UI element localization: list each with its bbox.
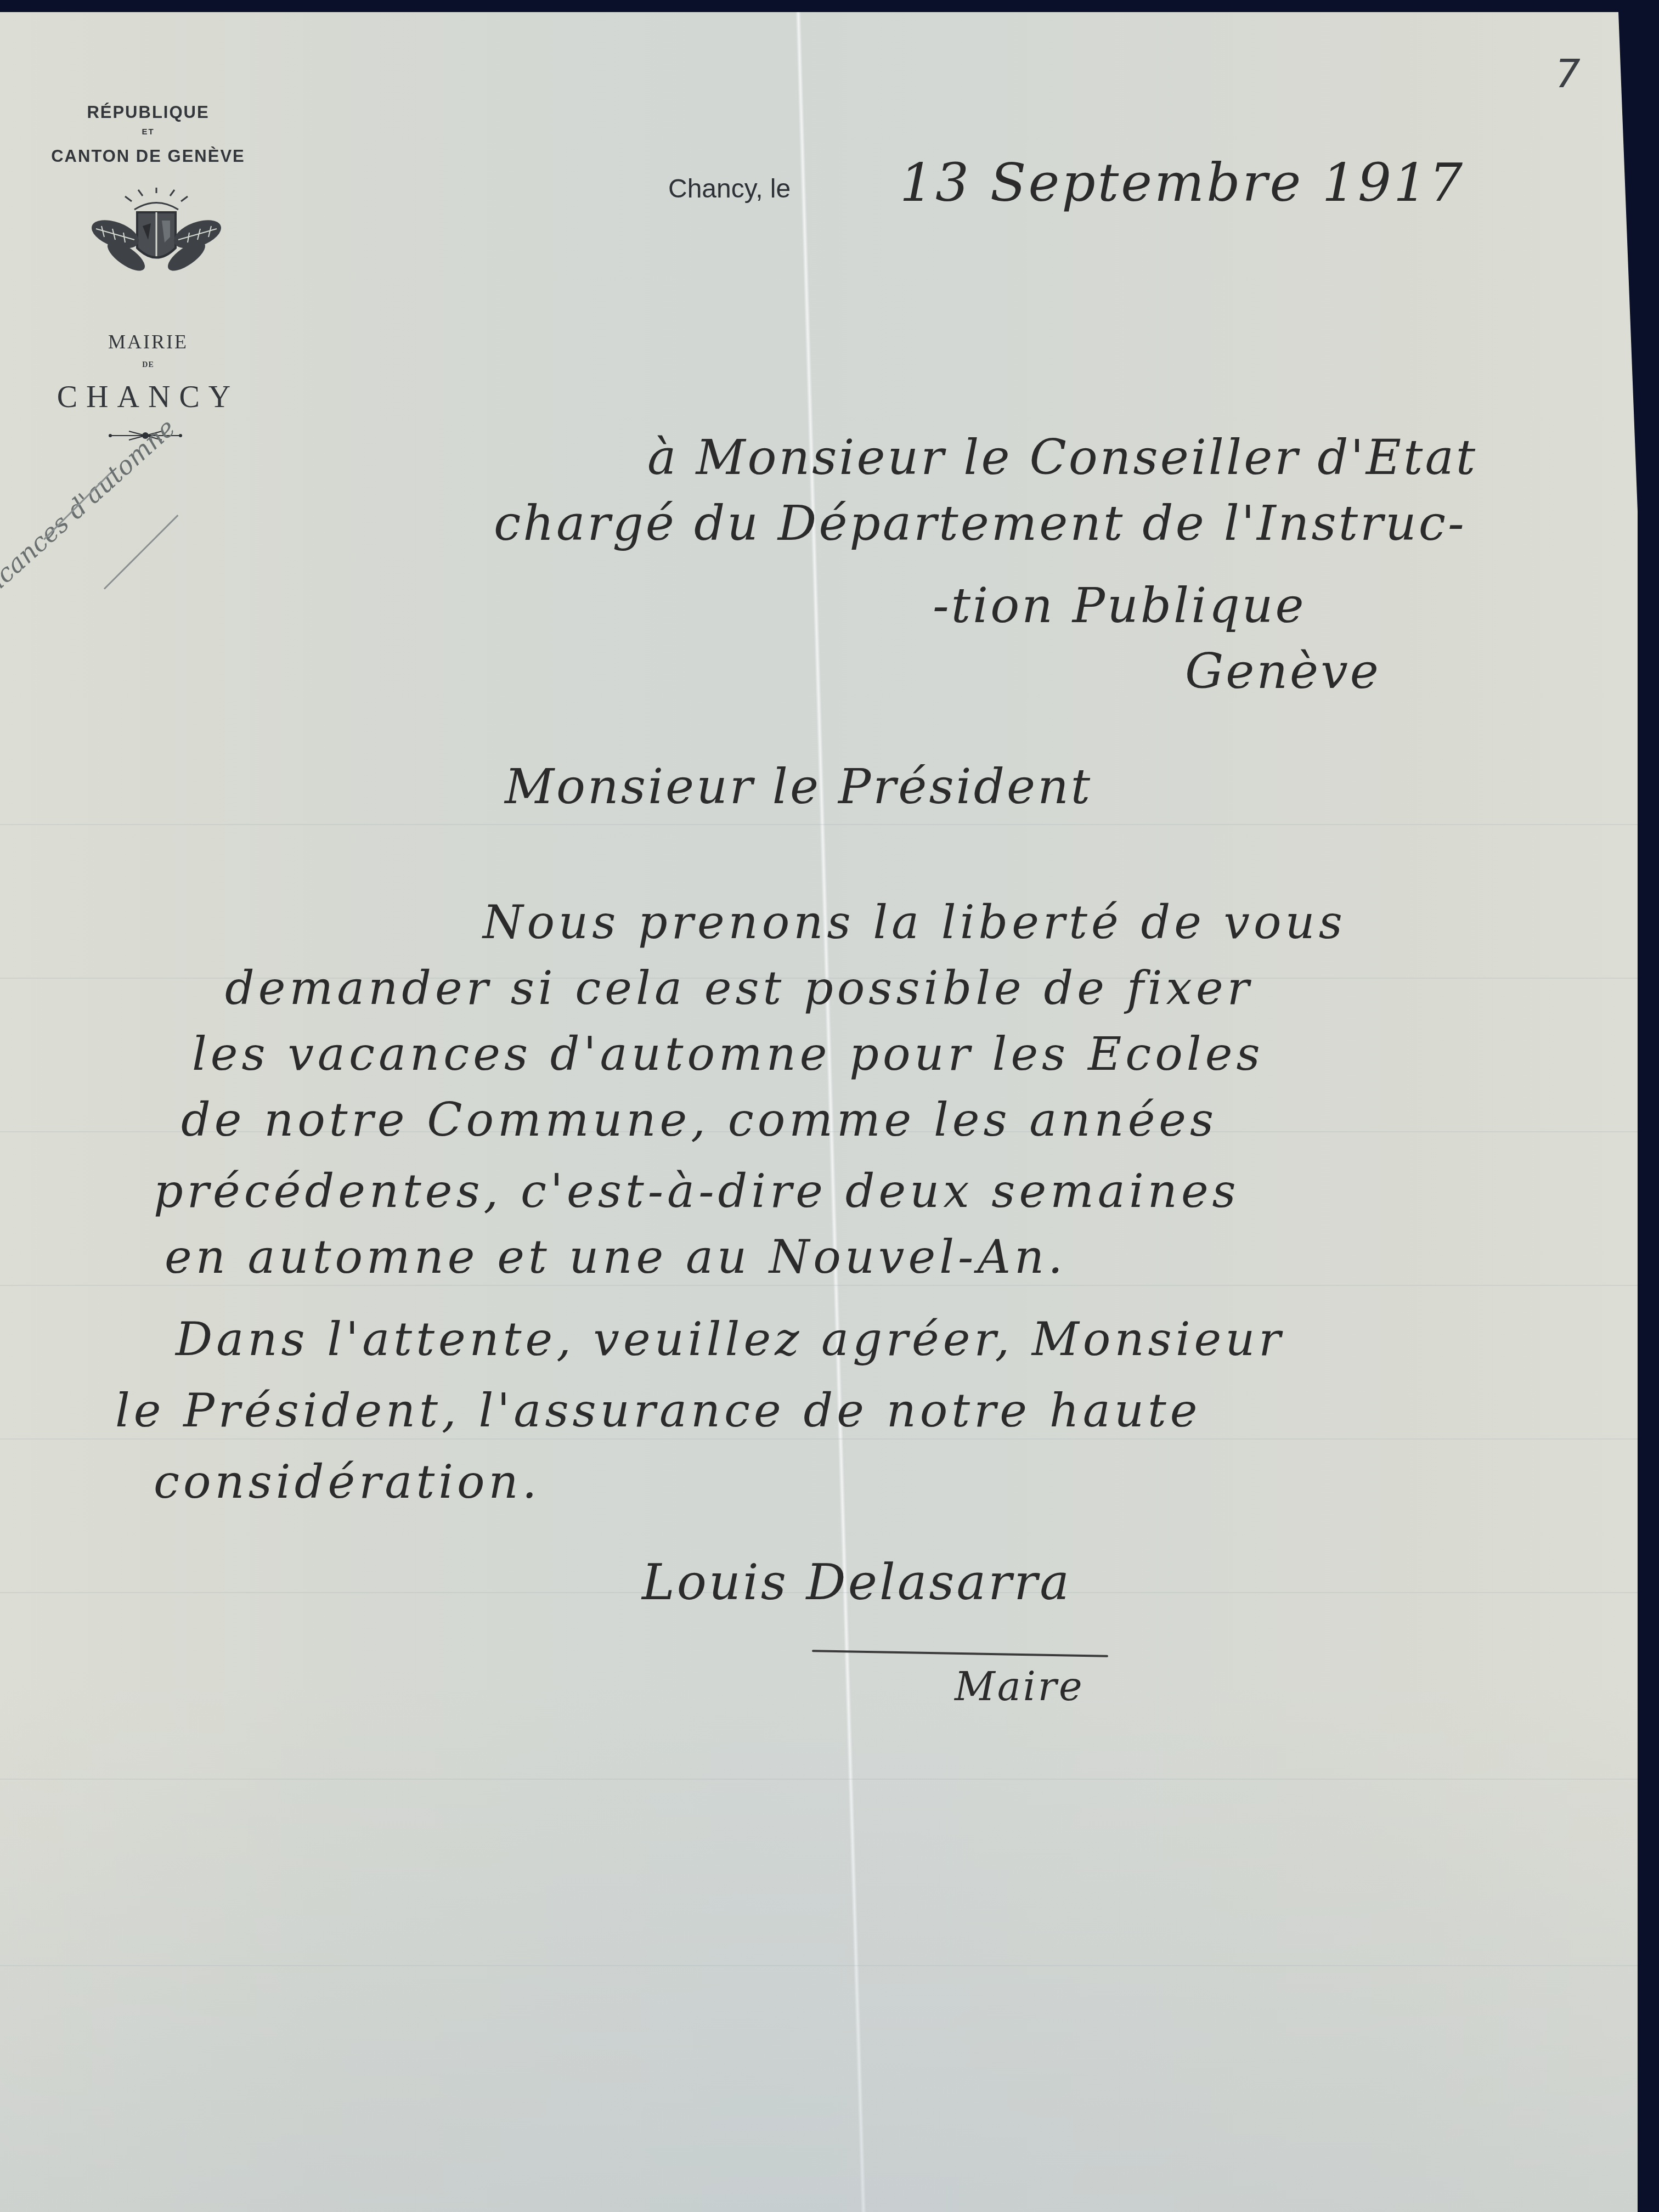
lighting-shade <box>0 1685 1638 2212</box>
letter-sheet: RÉPUBLIQUE ET CANTON DE GENÈVE MAIRIE DE… <box>0 12 1638 2212</box>
coat-of-arms-icon <box>82 188 230 281</box>
address-line-3: -tion Publique <box>933 577 1306 634</box>
ruled-line <box>0 824 1638 825</box>
body-line-3: les vacances d'automne pour les Ecoles <box>192 1027 1264 1081</box>
address-line-4: Genève <box>1185 643 1381 699</box>
body-line-5: précédentes, c'est-à-dire deux semaines <box>154 1164 1240 1218</box>
address-line-1: à Monsieur le Conseiller d'Etat <box>647 429 1477 486</box>
ruled-line <box>0 1285 1638 1286</box>
body-line-4: de notre Commune, comme les années <box>181 1093 1217 1147</box>
address-line-2: chargé du Département de l'Instruc- <box>494 495 1466 551</box>
letterhead-de: DE <box>33 361 263 370</box>
letterhead-canton: CANTON DE GENÈVE <box>33 146 263 166</box>
margin-note-pencil: vacances d'automne <box>0 381 216 608</box>
letterhead-chancy: CHANCY <box>33 380 263 415</box>
dateline-date: 13 Septembre 1917 <box>900 152 1465 213</box>
letterhead-republique: RÉPUBLIQUE <box>33 103 263 122</box>
dateline-place: Chancy, le <box>668 174 791 204</box>
body-line-6: en automne et une au Nouvel-An. <box>165 1230 1066 1284</box>
signature-underline <box>812 1650 1108 1657</box>
signature-name: Louis Delasarra <box>642 1554 1071 1611</box>
body-line-2: demander si cela est possible de fixer <box>225 961 1253 1015</box>
salutation: Monsieur le Président <box>505 758 1092 815</box>
body-line-7: Dans l'attente, veuillez agréer, Monsieu… <box>176 1312 1284 1366</box>
body-line-8: le Président, l'assurance de notre haute <box>115 1384 1201 1437</box>
archive-page-number: 7 <box>1555 50 1581 97</box>
ruled-line <box>0 1438 1638 1440</box>
letterhead-mairie: MAIRIE <box>33 330 263 353</box>
pencil-underline <box>104 515 178 589</box>
body-line-9: considération. <box>154 1455 540 1509</box>
body-line-1: Nous prenons la liberté de vous <box>483 895 1346 949</box>
letterhead-et: ET <box>33 127 263 137</box>
signature-title: Maire <box>955 1663 1085 1709</box>
